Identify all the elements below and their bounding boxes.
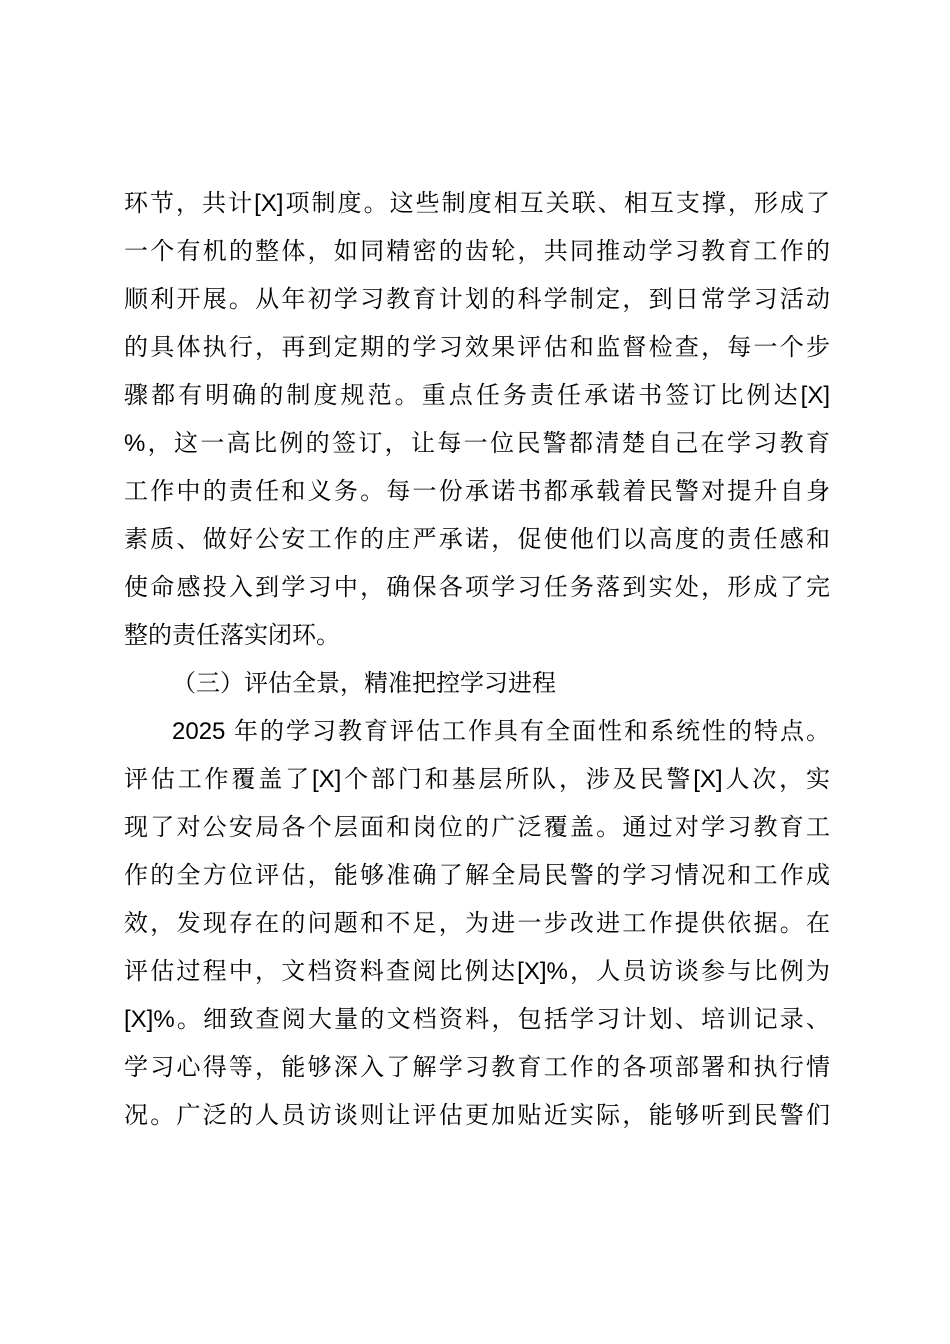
text-block: 环节，共计[X]项制度。这些制度相互关联、相互支撑，形成了 一个有机的整体，如同… bbox=[124, 180, 830, 1140]
body-line-paragraph-start: 2025 年的学习教育评估工作具有全面性和系统性的特点。 bbox=[124, 708, 830, 756]
body-line: 学习心得等，能够深入了解学习教育工作的各项部署和执行情 bbox=[124, 1044, 830, 1092]
body-line: 顺利开展。从年初学习教育计划的科学制定，到日常学习活动 bbox=[124, 276, 830, 324]
body-line: 工作中的责任和义务。每一份承诺书都承载着民警对提升自身 bbox=[124, 468, 830, 516]
body-line: 况。广泛的人员访谈则让评估更加贴近实际，能够听到民警们 bbox=[124, 1092, 830, 1140]
body-line: 评估工作覆盖了[X]个部门和基层所队，涉及民警[X]人次，实 bbox=[124, 756, 830, 804]
body-line: [X]%。细致查阅大量的文档资料，包括学习计划、培训记录、 bbox=[124, 996, 830, 1044]
body-line: 作的全方位评估，能够准确了解全局民警的学习情况和工作成 bbox=[124, 852, 830, 900]
body-line: 效，发现存在的问题和不足，为进一步改进工作提供依据。在 bbox=[124, 900, 830, 948]
body-line: 素质、做好公安工作的庄严承诺，促使他们以高度的责任感和 bbox=[124, 516, 830, 564]
document-page: 环节，共计[X]项制度。这些制度相互关联、相互支撑，形成了 一个有机的整体，如同… bbox=[0, 0, 950, 1344]
section-heading: （三）评估全景，精准把控学习进程 bbox=[124, 660, 830, 708]
body-line: 环节，共计[X]项制度。这些制度相互关联、相互支撑，形成了 bbox=[124, 180, 830, 228]
body-line: 评估过程中，文档资料查阅比例达[X]%，人员访谈参与比例为 bbox=[124, 948, 830, 996]
body-line: 骤都有明确的制度规范。重点任务责任承诺书签订比例达[X] bbox=[124, 372, 830, 420]
body-line: %，这一高比例的签订，让每一位民警都清楚自己在学习教育 bbox=[124, 420, 830, 468]
body-line-paragraph-end: 整的责任落实闭环。 bbox=[124, 612, 830, 660]
body-line: 使命感投入到学习中，确保各项学习任务落到实处，形成了完 bbox=[124, 564, 830, 612]
body-line: 一个有机的整体，如同精密的齿轮，共同推动学习教育工作的 bbox=[124, 228, 830, 276]
body-line: 的具体执行，再到定期的学习效果评估和监督检查，每一个步 bbox=[124, 324, 830, 372]
body-line: 现了对公安局各个层面和岗位的广泛覆盖。通过对学习教育工 bbox=[124, 804, 830, 852]
